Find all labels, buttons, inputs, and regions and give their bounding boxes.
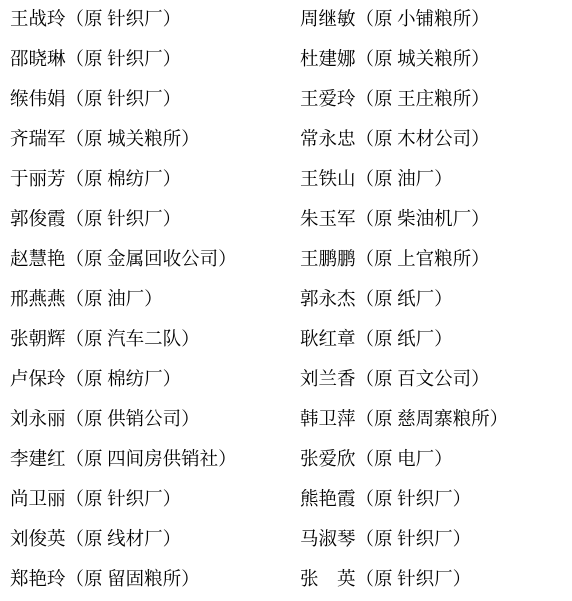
person-name: 周继敏 (300, 10, 356, 30)
person-name: 熊艳霞 (300, 490, 356, 510)
former-unit-note: （原 城关粮所） (66, 130, 200, 150)
name-row: 尚卫丽（原 针织厂） (10, 480, 237, 520)
person-name: 王鹏鹏 (300, 250, 356, 270)
former-unit-note: （原 电厂） (356, 450, 453, 470)
former-unit-note: （原 针织厂） (66, 210, 182, 230)
name-row: 杜建娜（原 城关粮所） (300, 40, 508, 80)
former-unit-note: （原 油厂） (66, 290, 163, 310)
former-unit-note: （原 城关粮所） (356, 50, 490, 70)
name-row: 耿红章（原 纸厂） (300, 320, 508, 360)
name-row: 邵晓琳（原 针织厂） (10, 40, 237, 80)
former-unit-note: （原 针织厂） (356, 530, 472, 550)
name-row: 赵慧艳（原 金属回收公司） (10, 240, 237, 280)
person-name: 缑伟娟 (10, 90, 66, 110)
name-row: 王鹏鹏（原 上官粮所） (300, 240, 508, 280)
former-unit-note: （原 留固粮所） (66, 570, 200, 590)
person-name: 张朝辉 (10, 330, 66, 350)
former-unit-note: （原 针织厂） (356, 570, 472, 590)
person-name: 常永忠 (300, 130, 356, 150)
name-row: 王战玲（原 针织厂） (10, 0, 237, 40)
former-unit-note: （原 针织厂） (66, 490, 182, 510)
name-row: 缑伟娟（原 针织厂） (10, 80, 237, 120)
person-name: 郭永杰 (300, 290, 356, 310)
name-row: 张朝辉（原 汽车二队） (10, 320, 237, 360)
former-unit-note: （原 针织厂） (356, 490, 472, 510)
former-unit-note: （原 纸厂） (356, 290, 453, 310)
former-unit-note: （原 四间房供销社） (66, 450, 237, 470)
name-row: 马淑琴（原 针织厂） (300, 520, 508, 560)
former-unit-note: （原 针织厂） (66, 90, 182, 110)
person-name: 张 英 (300, 570, 356, 590)
person-name: 王铁山 (300, 170, 356, 190)
person-name: 郭俊霞 (10, 210, 66, 230)
person-name: 王战玲 (10, 10, 66, 30)
name-row: 张爱欣（原 电厂） (300, 440, 508, 480)
name-row: 张 英（原 针织厂） (300, 560, 508, 600)
name-row: 刘俊英（原 线材厂） (10, 520, 237, 560)
name-row: 李建红（原 四间房供销社） (10, 440, 237, 480)
former-unit-note: （原 金属回收公司） (66, 250, 237, 270)
person-name: 耿红章 (300, 330, 356, 350)
name-row: 王铁山（原 油厂） (300, 160, 508, 200)
former-unit-note: （原 线材厂） (66, 530, 182, 550)
former-unit-note: （原 小铺粮所） (356, 10, 490, 30)
name-column-left: 王战玲（原 针织厂）邵晓琳（原 针织厂）缑伟娟（原 针织厂）齐瑞军（原 城关粮所… (10, 0, 237, 600)
name-row: 邢燕燕（原 油厂） (10, 280, 237, 320)
former-unit-note: （原 上官粮所） (356, 250, 490, 270)
former-unit-note: （原 棉纺厂） (66, 370, 182, 390)
name-row: 朱玉军（原 柴油机厂） (300, 200, 508, 240)
person-name: 刘兰香 (300, 370, 356, 390)
former-unit-note: （原 汽车二队） (66, 330, 200, 350)
name-row: 郭永杰（原 纸厂） (300, 280, 508, 320)
person-name: 杜建娜 (300, 50, 356, 70)
former-unit-note: （原 针织厂） (66, 50, 182, 70)
name-row: 郭俊霞（原 针织厂） (10, 200, 237, 240)
person-name: 朱玉军 (300, 210, 356, 230)
name-row: 郑艳玲（原 留固粮所） (10, 560, 237, 600)
former-unit-note: （原 油厂） (356, 170, 453, 190)
person-name: 邵晓琳 (10, 50, 66, 70)
person-name: 赵慧艳 (10, 250, 66, 270)
person-name: 韩卫萍 (300, 410, 356, 430)
person-name: 刘永丽 (10, 410, 66, 430)
person-name: 刘俊英 (10, 530, 66, 550)
name-row: 韩卫萍（原 慈周寨粮所） (300, 400, 508, 440)
name-row: 王爱玲（原 王庄粮所） (300, 80, 508, 120)
person-name: 马淑琴 (300, 530, 356, 550)
name-row: 于丽芳（原 棉纺厂） (10, 160, 237, 200)
person-name: 李建红 (10, 450, 66, 470)
person-name: 张爱欣 (300, 450, 356, 470)
name-row: 卢保玲（原 棉纺厂） (10, 360, 237, 400)
person-name: 卢保玲 (10, 370, 66, 390)
former-unit-note: （原 木材公司） (356, 130, 490, 150)
name-row: 熊艳霞（原 针织厂） (300, 480, 508, 520)
name-row: 齐瑞军（原 城关粮所） (10, 120, 237, 160)
name-row: 周继敏（原 小铺粮所） (300, 0, 508, 40)
name-row: 常永忠（原 木材公司） (300, 120, 508, 160)
former-unit-note: （原 慈周寨粮所） (356, 410, 509, 430)
person-name: 尚卫丽 (10, 490, 66, 510)
person-name: 郑艳玲 (10, 570, 66, 590)
person-name: 于丽芳 (10, 170, 66, 190)
former-unit-note: （原 百文公司） (356, 370, 490, 390)
former-unit-note: （原 针织厂） (66, 10, 182, 30)
former-unit-note: （原 柴油机厂） (356, 210, 490, 230)
person-name: 齐瑞军 (10, 130, 66, 150)
name-list-document: 王战玲（原 针织厂）邵晓琳（原 针织厂）缑伟娟（原 针织厂）齐瑞军（原 城关粮所… (0, 0, 572, 601)
person-name: 邢燕燕 (10, 290, 66, 310)
name-column-right: 周继敏（原 小铺粮所）杜建娜（原 城关粮所）王爱玲（原 王庄粮所）常永忠（原 木… (300, 0, 508, 600)
former-unit-note: （原 供销公司） (66, 410, 200, 430)
former-unit-note: （原 棉纺厂） (66, 170, 182, 190)
person-name: 王爱玲 (300, 90, 356, 110)
former-unit-note: （原 纸厂） (356, 330, 453, 350)
name-row: 刘兰香（原 百文公司） (300, 360, 508, 400)
name-row: 刘永丽（原 供销公司） (10, 400, 237, 440)
former-unit-note: （原 王庄粮所） (356, 90, 490, 110)
